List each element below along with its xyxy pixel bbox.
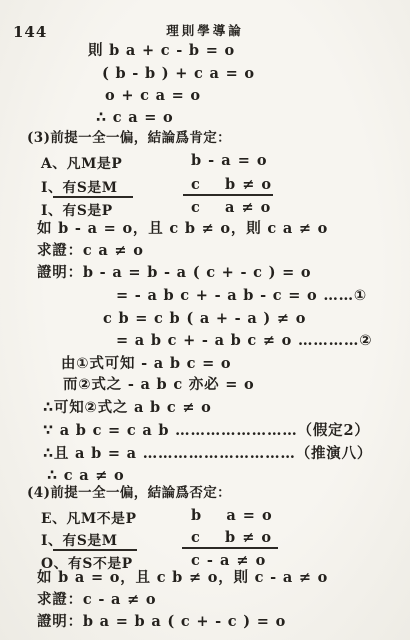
syllogism3-row-minor: I、有S是M c b ≠ o <box>41 176 371 194</box>
syllogism3-row-conclusion: I、有S是P c a ≠ o <box>41 199 371 217</box>
proposition-cell: I、有S是M <box>41 529 118 549</box>
proof-line-therefore-abc: ∴可知②式之 a b c ≠ o <box>43 400 212 416</box>
syllogism3-conclusion-rule-left <box>53 196 133 198</box>
formula-cell: b a = o <box>191 507 273 524</box>
running-header-title: 理則學導論 <box>0 21 410 39</box>
section4-heading: (4)前提一全一偏，結論爲否定： <box>27 486 231 501</box>
intro-formula-conclusion: ∴ c a = o <box>96 110 174 126</box>
formula-cell: c - a ≠ o <box>191 552 266 569</box>
proposition-cell: A、凡M是P <box>41 152 122 172</box>
proof-line-cb: c b = c b ( a + - a ) ≠ o <box>103 311 306 327</box>
proof-line-and-ab: ∴且 a b = a …………………………（推演八） <box>43 446 372 462</box>
formula-cell: b - a = o <box>191 152 268 169</box>
proof-line-proof-start: 證明：b a = b a ( c + - c ) = o <box>37 614 286 630</box>
formula-cell: c a ≠ o <box>191 199 271 216</box>
syllogism3-row-major: A、凡M是P b - a = o <box>41 152 371 170</box>
proof-line-from-eq1: 由①式可知 - a b c = o <box>61 356 231 372</box>
syllogism4-row-major: E、凡M不是P b a = o <box>41 507 371 525</box>
proposition-cell: E、凡M不是P <box>41 507 137 527</box>
intro-formula-1: 則 b a + c - b = o <box>88 43 235 59</box>
proof-line-because-commutation: ∵ a b c = c a b ……………………（假定2） <box>43 423 370 439</box>
syllogism3-conclusion-rule-right <box>183 194 273 196</box>
proof-line-eq2: = a b c + - a b c ≠ o …………② <box>116 333 372 349</box>
proposition-cell: I、有S是M <box>41 176 118 196</box>
formula-cell: c b ≠ o <box>191 176 272 193</box>
intro-formula-3: o + c a = o <box>105 88 201 104</box>
syllogism4-conclusion-rule-right <box>182 547 278 549</box>
formula-cell: c b ≠ o <box>191 529 272 546</box>
proof-line-from-eq2: 而②式之 - a b c 亦必 = o <box>63 377 255 393</box>
proof-line-eq1: = - a b c + - a b - c = o ……① <box>116 288 367 304</box>
proof-line-hypothesis: 如 b a = o，且 c b ≠ o，則 c - a ≠ o <box>37 570 328 586</box>
proof-line-hypothesis: 如 b - a = o，且 c b ≠ o，則 c a ≠ o <box>37 221 328 237</box>
scanned-book-page: 144 理則學導論 則 b a + c - b = o ( b - b ) + … <box>0 0 410 640</box>
proof-line-conclusion: ∴ c a ≠ o <box>47 468 125 484</box>
syllogism4-row-minor: I、有S是M c b ≠ o <box>41 529 371 547</box>
syllogism4-row-conclusion: O、有S不是P c - a ≠ o <box>41 552 371 570</box>
section3-heading: (3)前提一全一偏，結論爲肯定： <box>27 131 231 146</box>
proof-line-to-prove: 求證：c - a ≠ o <box>37 592 156 608</box>
intro-formula-2: ( b - b ) + c a = o <box>102 66 255 82</box>
proof-line-to-prove: 求證：c a ≠ o <box>37 243 144 259</box>
proposition-cell: I、有S是P <box>41 199 113 219</box>
syllogism4-conclusion-rule-left <box>53 549 137 551</box>
proof-line-proof-start: 證明：b - a = b - a ( c + - c ) = o <box>37 265 311 281</box>
